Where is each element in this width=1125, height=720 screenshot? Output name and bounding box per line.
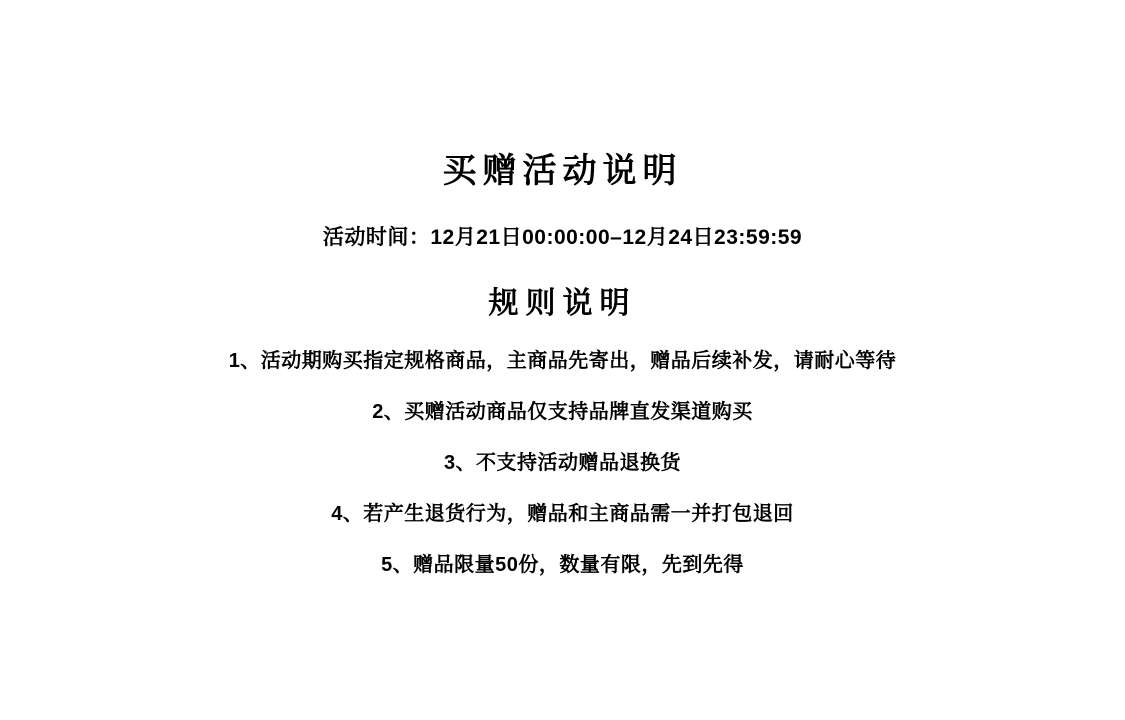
activity-time-text: 活动时间：12月21日00:00:00–12月24日23:59:59 [0, 226, 1125, 250]
rule-item-4: 4、若产生退货行为，赠品和主商品需一并打包退回 [0, 503, 1125, 526]
page-title: 买赠活动说明 [0, 150, 1125, 192]
promo-rules-content: 买赠活动说明 活动时间：12月21日00:00:00–12月24日23:59:5… [0, 0, 1125, 577]
rule-item-3: 3、不支持活动赠品退换货 [0, 452, 1125, 475]
rules-list: 1、活动期购买指定规格商品，主商品先寄出，赠品后续补发，请耐心等待 2、买赠活动… [0, 350, 1125, 577]
rules-heading: 规则说明 [0, 286, 1125, 322]
promo-rules-page: 买赠活动说明 活动时间：12月21日00:00:00–12月24日23:59:5… [0, 0, 1125, 720]
rule-item-5: 5、赠品限量50份，数量有限，先到先得 [0, 554, 1125, 577]
rule-item-2: 2、买赠活动商品仅支持品牌直发渠道购买 [0, 401, 1125, 424]
rule-item-1: 1、活动期购买指定规格商品，主商品先寄出，赠品后续补发，请耐心等待 [0, 350, 1125, 373]
